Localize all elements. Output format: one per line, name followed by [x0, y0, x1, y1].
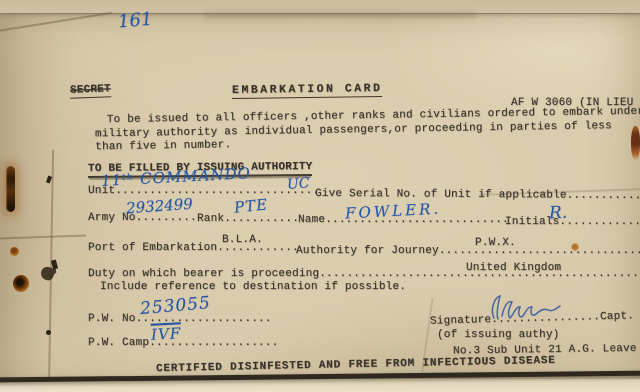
initials-leader-dots: .............	[559, 216, 640, 228]
pw-camp-field: P.W. Camp...................	[88, 337, 278, 349]
horizontal-crease	[0, 234, 86, 239]
duty-note: Include reference to destination if poss…	[100, 281, 406, 293]
rust-stain	[13, 275, 29, 292]
initials-entry-handwritten: R.	[549, 203, 568, 224]
authority-leader-dots: ...............................	[439, 245, 640, 257]
initials-field: Initials.............	[505, 216, 640, 228]
handwritten-page-number: 161	[117, 9, 153, 33]
duty-label: Duty on which bearer is proceeding	[88, 268, 319, 280]
rust-stain	[10, 247, 19, 256]
classification-stamp: SECRET	[70, 83, 111, 96]
form-title: EMBARKATION CARD	[232, 82, 383, 97]
port-entry-typed: B.L.A.	[222, 234, 263, 246]
rank-label: Rank	[197, 213, 224, 225]
signer-rank: Capt.	[600, 310, 634, 323]
embarkation-card-scan: 161 SECRET EMBARKATION CARD AF W 3060 (I…	[0, 0, 640, 392]
signature-scrawl	[488, 292, 566, 326]
pw-camp-entry-handwritten: IVF	[151, 324, 182, 344]
authority-entry-typed: P.W.X.	[475, 237, 516, 249]
port-label: Port of Embarkation	[88, 242, 217, 254]
ink-transfer-smudge	[205, 11, 475, 19]
unit-serial-hint: Give Serial No. of Unit if applicable...…	[315, 188, 640, 202]
pw-no-label: P.W. No	[88, 313, 136, 325]
corner-crease	[0, 12, 112, 32]
rusty-staple	[6, 166, 15, 212]
pw-camp-label: P.W. Camp	[88, 337, 149, 349]
duty-entry-typed: United Kingdom	[466, 262, 561, 274]
signature-label: Signature	[430, 314, 492, 328]
name-label: Name	[298, 214, 325, 226]
port-field: Port of Embarkation............	[88, 242, 299, 254]
issuing-authority-note: (of issuing authy)	[437, 329, 559, 341]
intro-paragraph: To be issued to all officers ,other rank…	[95, 106, 640, 155]
crease-mark	[46, 330, 51, 335]
ink-blot	[39, 265, 56, 282]
rank-entry-handwritten: PTE	[233, 195, 269, 216]
authority-label: Authority for Journey	[296, 245, 439, 257]
authority-field: Authority for Journey...................…	[296, 245, 640, 257]
unit-serial-entry-handwritten: UC	[286, 175, 310, 193]
